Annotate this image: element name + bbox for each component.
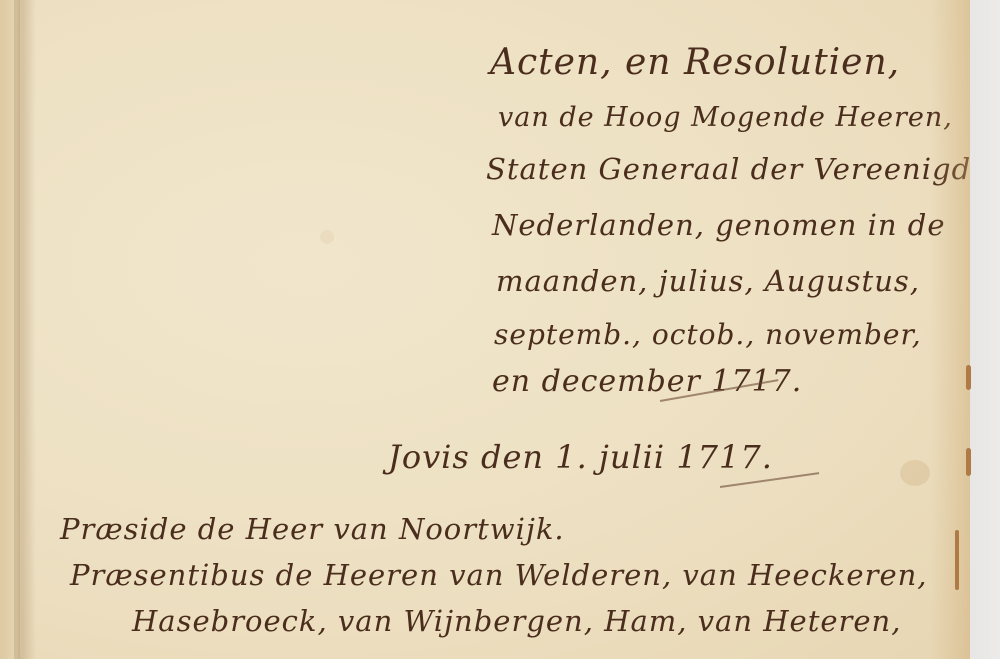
title-line-6: septemb., octob., november, — [494, 318, 922, 351]
manuscript-page: Acten, en Resolutien, van de Hoog Mogend… — [20, 0, 970, 659]
date-heading: Jovis den 1. julii 1717. — [388, 438, 773, 476]
title-line-1: Acten, en Resolutien, — [490, 42, 900, 83]
edge-damage — [966, 448, 971, 476]
binding-gutter-shadow — [14, 0, 36, 659]
title-line-4: Nederlanden, genomen in de — [492, 208, 946, 242]
body-line-2: Præsentibus de Heeren van Welderen, van … — [70, 558, 928, 592]
title-line-5: maanden, julius, Augustus, — [496, 264, 920, 298]
title-line-3: Staten Generaal der Vereenigd — [486, 152, 970, 186]
edge-damage — [966, 365, 971, 390]
body-line-1: Præside de Heer van Noortwijk. — [60, 512, 565, 546]
body-line-3: Hasebroeck, van Wijnbergen, Ham, van Het… — [132, 604, 901, 638]
title-line-7: en december 1717. — [492, 364, 802, 399]
paper-stain — [900, 460, 930, 486]
edge-damage — [955, 530, 959, 590]
title-line-2: van de Hoog Mogende Heeren, — [498, 102, 953, 133]
paper-stain — [320, 230, 334, 244]
